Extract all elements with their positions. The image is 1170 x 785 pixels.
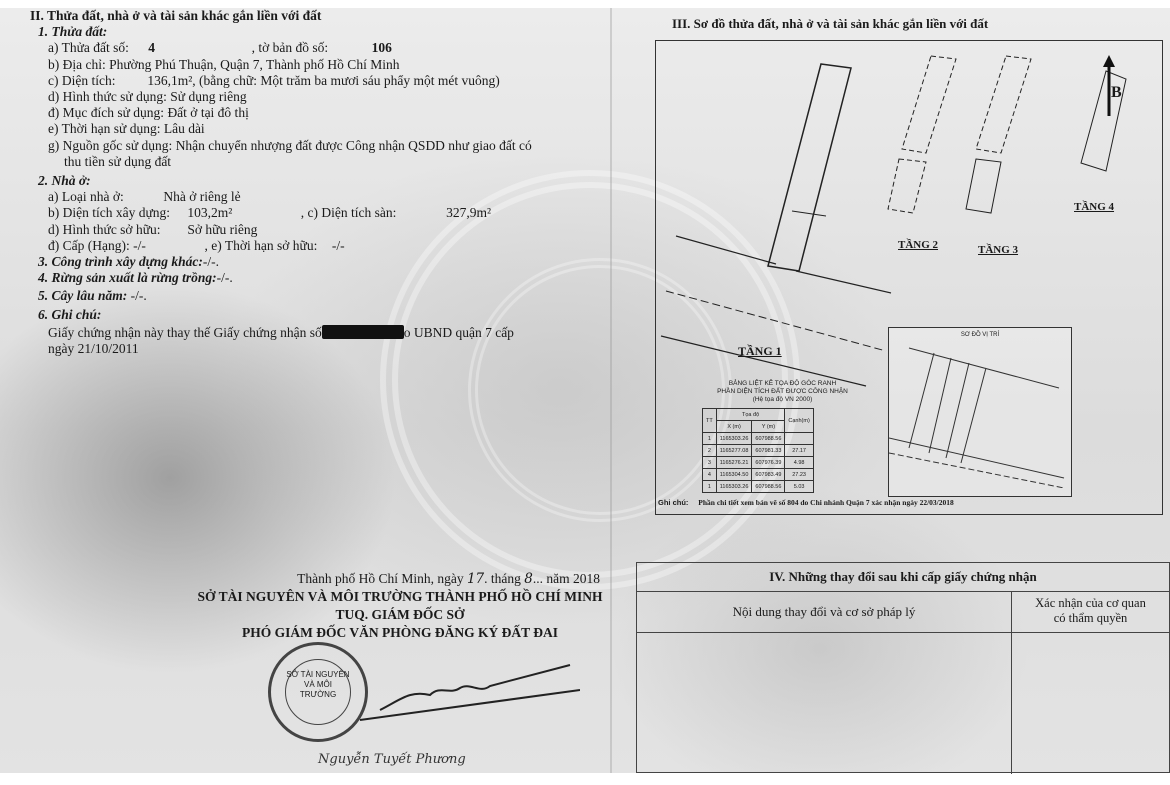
other-works-label: 3. Công trình xây dựng khác: — [38, 254, 203, 269]
land-heading: 1. Thửa đất: — [38, 24, 610, 40]
coord-cell-y: 607988.56 — [752, 481, 785, 493]
col-x: X (m) — [716, 421, 752, 433]
coord-cell-tt: 1 — [703, 481, 717, 493]
col-coords: Tọa độ — [716, 409, 785, 421]
coord-cell-tt: 1 — [703, 433, 717, 445]
origin-value: Nhận chuyển nhượng đất được Công nhận QS… — [176, 138, 532, 153]
address-row: b) Địa chỉ: Phường Phú Thuận, Quận 7, Th… — [48, 57, 610, 73]
purpose-label: đ) Mục đích sử dụng: — [48, 105, 164, 120]
coord-cell-x: 1165304.50 — [716, 469, 752, 481]
build-area-row: b) Diện tích xây dựng: 103,2m² , c) Diện… — [48, 205, 610, 221]
forest-row: 4. Rừng sản xuất là rừng trồng:-/-. — [38, 270, 610, 286]
changes-header-row: Nội dung thay đổi và cơ sở pháp lý Xác n… — [637, 592, 1169, 633]
coord-table-title: BẢNG LIỆT KÊ TỌA ĐỘ GÓC RANH PHẦN DIỆN T… — [695, 380, 870, 404]
grade-row: đ) Cấp (Hạng): -/- , e) Thời hạn sở hữu:… — [48, 238, 610, 254]
house-type-value: Nhà ở riêng lẻ — [163, 189, 240, 204]
ownership-row: d) Hình thức sở hữu: Sở hữu riêng — [48, 222, 610, 238]
changes-content-cell — [637, 633, 1012, 774]
origin-label: g) Nguồn gốc sử dụng: — [48, 138, 172, 153]
note-label: Ghi chú: — [658, 498, 688, 507]
use-form-label: d) Hình thức sử dụng: — [48, 89, 167, 104]
date-prefix: Thành phố Hồ Chí Minh, ngày — [297, 571, 464, 586]
notes-line: Giấy chứng nhận này thay thế Giấy chứng … — [48, 325, 610, 341]
signature-scribble — [340, 660, 580, 730]
edge-cell: 4.98 — [785, 457, 813, 469]
map-sheet-label: , tờ bản đồ số: — [252, 40, 329, 55]
build-area-label: b) Diện tích xây dựng: — [48, 205, 184, 221]
address-label: b) Địa chỉ: — [48, 57, 106, 72]
forest-label: 4. Rừng sản xuất là rừng trồng: — [38, 270, 217, 285]
edge-cell — [785, 433, 813, 445]
north-arrow-label: B — [1111, 84, 1122, 102]
perennial-label: 5. Cây lâu năm: — [38, 288, 127, 303]
col-y: Y (m) — [752, 421, 785, 433]
coord-cell-y: 607981.33 — [752, 445, 785, 457]
term-label: e) Thời hạn sử dụng: — [48, 121, 160, 136]
purpose-value: Đất ở tại đô thị — [167, 105, 248, 120]
notes-date: ngày 21/10/2011 — [48, 341, 610, 357]
grade-label: đ) Cấp (Hạng): — [48, 238, 130, 253]
floor-1-label: TẦNG 1 — [738, 344, 782, 359]
page-fold — [610, 8, 612, 773]
own-term-value: -/- — [332, 238, 345, 253]
map-sheet-number: 106 — [372, 40, 392, 55]
house-type-row: a) Loại nhà ở: Nhà ở riêng lẻ — [48, 189, 610, 205]
coord-title-line1: BẢNG LIỆT KÊ TỌA ĐỘ GÓC RANH — [695, 380, 870, 388]
ownership-value: Sở hữu riêng — [187, 222, 257, 237]
area-row: c) Diện tích: 136,1m², (bằng chữ: Một tr… — [48, 73, 610, 89]
use-form-value: Sử dụng riêng — [170, 89, 246, 104]
build-area-value: 103,2m² — [187, 205, 297, 221]
perennial-row: 5. Cây lâu năm: -/-. — [38, 288, 610, 304]
coord-row: 11165303.26607988.56 — [703, 433, 814, 445]
coord-cell-tt: 3 — [703, 457, 717, 469]
floor-4-label: TẦNG 4 — [1074, 201, 1114, 213]
perennial-value: -/-. — [131, 288, 147, 303]
other-works-value: -/-. — [203, 254, 219, 269]
land-info-section: II. Thửa đất, nhà ở và tài sản khác gắn … — [30, 8, 610, 357]
coord-row: 21165277.08607981.3327.17 — [703, 445, 814, 457]
edge-cell: 27.23 — [785, 469, 813, 481]
coord-title-line3: (Hệ tọa độ VN 2000) — [695, 396, 870, 404]
signer-title: PHÓ GIÁM ĐỐC VĂN PHÒNG ĐĂNG KÝ ĐẤT ĐAI — [180, 624, 620, 642]
floor-3-label: TẦNG 3 — [978, 244, 1018, 256]
issue-date: Thành phố Hồ Chí Minh, ngày 17. tháng 8.… — [180, 570, 620, 588]
changes-col-confirm: Xác nhận của cơ quan có thẩm quyền — [1012, 592, 1169, 632]
diagram-note: Ghi chú: Phần chi tiết xem bản vẽ số 804… — [658, 498, 954, 507]
changes-body — [637, 633, 1169, 774]
issue-day: 17 — [467, 571, 484, 587]
parcel-row: a) Thửa đất số: 4 , tờ bản đồ số: 106 — [48, 40, 610, 56]
edge-cell: 5.03 — [785, 481, 813, 493]
house-heading: 2. Nhà ở: — [38, 173, 610, 189]
coord-cell-x: 1165303.26 — [716, 481, 752, 493]
house-type-label: a) Loại nhà ở: — [48, 189, 160, 205]
col-edge: Cạnh(m) — [785, 409, 813, 433]
own-term-label: , e) Thời hạn sở hữu: — [204, 238, 320, 254]
redacted-certificate-number — [322, 325, 404, 339]
floor-area-value: 327,9m² — [446, 205, 491, 220]
parcel-label: a) Thửa đất số: — [48, 40, 129, 55]
floor-2-label: TẦNG 2 — [898, 239, 938, 251]
purpose-row: đ) Mục đích sử dụng: Đất ở tại đô thị — [48, 105, 610, 121]
coord-cell-y: 607988.56 — [752, 433, 785, 445]
issuing-org: SỞ TÀI NGUYÊN VÀ MÔI TRƯỜNG THÀNH PHỐ HỒ… — [180, 588, 620, 606]
grade-value: -/- — [133, 238, 201, 254]
section-title: II. Thửa đất, nhà ở và tài sản khác gắn … — [30, 8, 610, 24]
changes-col-content: Nội dung thay đổi và cơ sở pháp lý — [637, 592, 1012, 632]
coord-cell-tt: 2 — [703, 445, 717, 457]
ownership-label: d) Hình thức sở hữu: — [48, 222, 184, 238]
edge-cell: 27.17 — [785, 445, 813, 457]
area-value: 136,1m², (bằng chữ: Một trăm ba mươi sáu… — [147, 73, 499, 88]
changes-table: IV. Những thay đổi sau khi cấp giấy chứn… — [636, 562, 1170, 773]
issue-month: 8 — [524, 571, 533, 587]
coord-cell-x: 1165276.21 — [716, 457, 752, 469]
note-text: Phần chi tiết xem bản vẽ số 804 do Chi n… — [698, 498, 953, 507]
coord-cell-tt: 4 — [703, 469, 717, 481]
other-works-row: 3. Công trình xây dựng khác:-/-. — [38, 254, 610, 270]
coord-cell-x: 1165277.08 — [716, 445, 752, 457]
coord-cell-y: 607976.39 — [752, 457, 785, 469]
signer-name: Nguyễn Tuyết Phương — [318, 752, 466, 767]
col-tt: TT — [703, 409, 717, 433]
forest-value: -/-. — [217, 270, 233, 285]
coord-title-line2: PHẦN DIỆN TÍCH ĐẤT ĐƯỢC CÔNG NHẬN — [695, 388, 870, 396]
year-label: năm — [546, 571, 569, 586]
parcel-number: 4 — [148, 40, 248, 56]
notes-heading: 6. Ghi chú: — [38, 307, 610, 323]
diagram-title: III. Sơ đồ thửa đất, nhà ở và tài sản kh… — [672, 16, 988, 32]
location-map: SƠ ĐỒ VỊ TRÍ — [888, 327, 1072, 497]
confirm-line2: có thẩm quyền — [1012, 611, 1169, 626]
use-form-row: d) Hình thức sử dụng: Sử dụng riêng — [48, 89, 610, 105]
floor-area-label: , c) Diện tích sàn: — [301, 205, 443, 221]
coord-row: 31165276.21607976.394.98 — [703, 457, 814, 469]
coord-row: 11165303.26607988.565.03 — [703, 481, 814, 493]
month-label: tháng — [491, 571, 521, 586]
issue-year: 2018 — [573, 571, 600, 586]
changes-title: IV. Những thay đổi sau khi cấp giấy chứn… — [637, 563, 1169, 592]
coord-row: 41165304.50607983.4927.23 — [703, 469, 814, 481]
confirm-line1: Xác nhận của cơ quan — [1012, 596, 1169, 611]
term-row: e) Thời hạn sử dụng: Lâu dài — [48, 121, 610, 137]
address-value: Phường Phú Thuận, Quận 7, Thành phố Hồ C… — [109, 57, 399, 72]
origin-row-cont: thu tiền sử dụng đất — [64, 154, 610, 170]
location-map-drawing — [889, 338, 1069, 488]
coord-cell-x: 1165303.26 — [716, 433, 752, 445]
origin-row: g) Nguồn gốc sử dụng: Nhận chuyển nhượng… — [48, 138, 610, 154]
notes-text: Giấy chứng nhận này thay thế Giấy chứng … — [48, 325, 322, 340]
on-behalf: TUQ. GIÁM ĐỐC SỞ — [180, 606, 620, 624]
notes-text-cont: o UBND quận 7 cấp — [404, 325, 514, 340]
term-value: Lâu dài — [164, 121, 205, 136]
signature-block: Thành phố Hồ Chí Minh, ngày 17. tháng 8.… — [180, 570, 620, 642]
coord-cell-y: 607983.49 — [752, 469, 785, 481]
area-label: c) Diện tích: — [48, 73, 144, 89]
coordinate-table: TT Tọa độ Cạnh(m) X (m) Y (m) 11165303.2… — [702, 408, 814, 493]
